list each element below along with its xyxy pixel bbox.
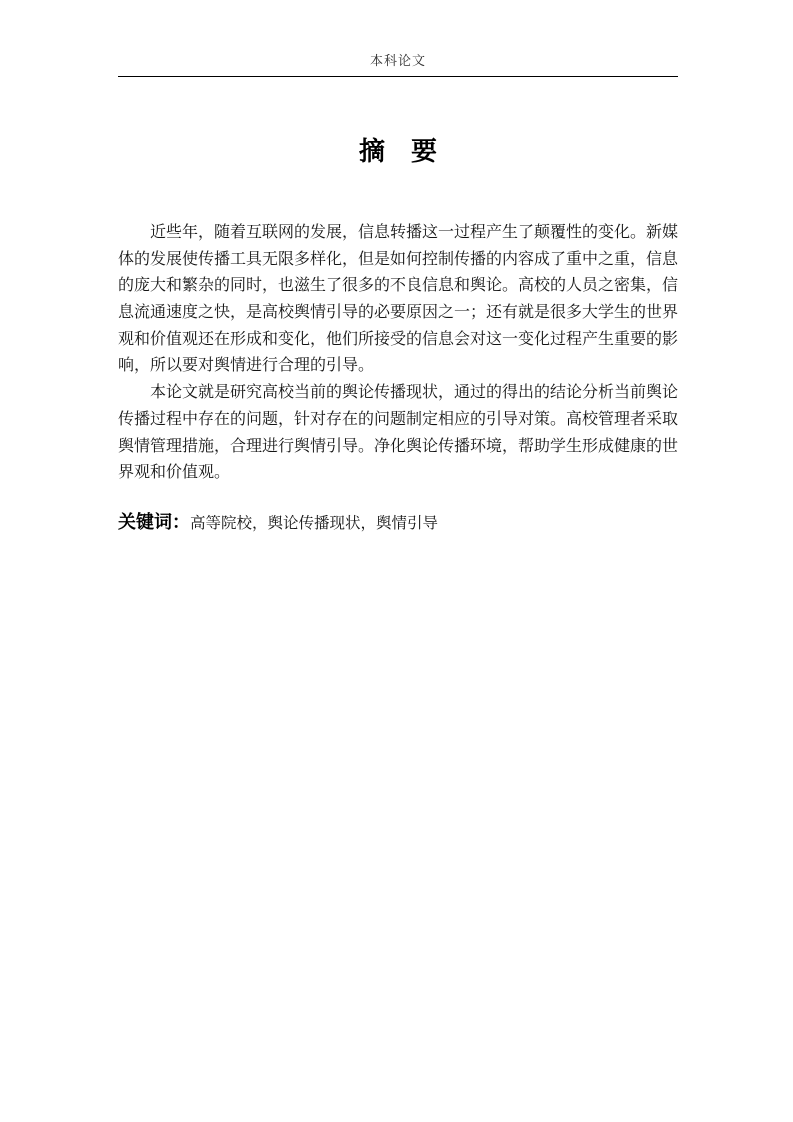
- page-header: 本科论文: [118, 0, 678, 77]
- running-head-title: 本科论文: [118, 53, 678, 70]
- keywords-line: 关键词：高等院校，舆论传播现状，舆情引导: [118, 509, 678, 537]
- abstract-paragraph-1: 近些年，随着互联网的发展，信息转播这一过程产生了颠覆性的变化。新媒体的发展使传播…: [118, 220, 678, 380]
- keywords-label: 关键词：: [118, 512, 190, 532]
- abstract-body: 近些年，随着互联网的发展，信息转播这一过程产生了颠覆性的变化。新媒体的发展使传播…: [118, 220, 678, 487]
- abstract-title: 摘 要: [118, 139, 678, 165]
- document-page: 本科论文 摘 要 近些年，随着互联网的发展，信息转播这一过程产生了颠覆性的变化。…: [0, 0, 793, 1122]
- abstract-paragraph-2: 本论文就是研究高校当前的舆论传播现状，通过的得出的结论分析当前舆论传播过程中存在…: [118, 380, 678, 487]
- keywords-value: 高等院校，舆论传播现状，舆情引导: [190, 515, 438, 532]
